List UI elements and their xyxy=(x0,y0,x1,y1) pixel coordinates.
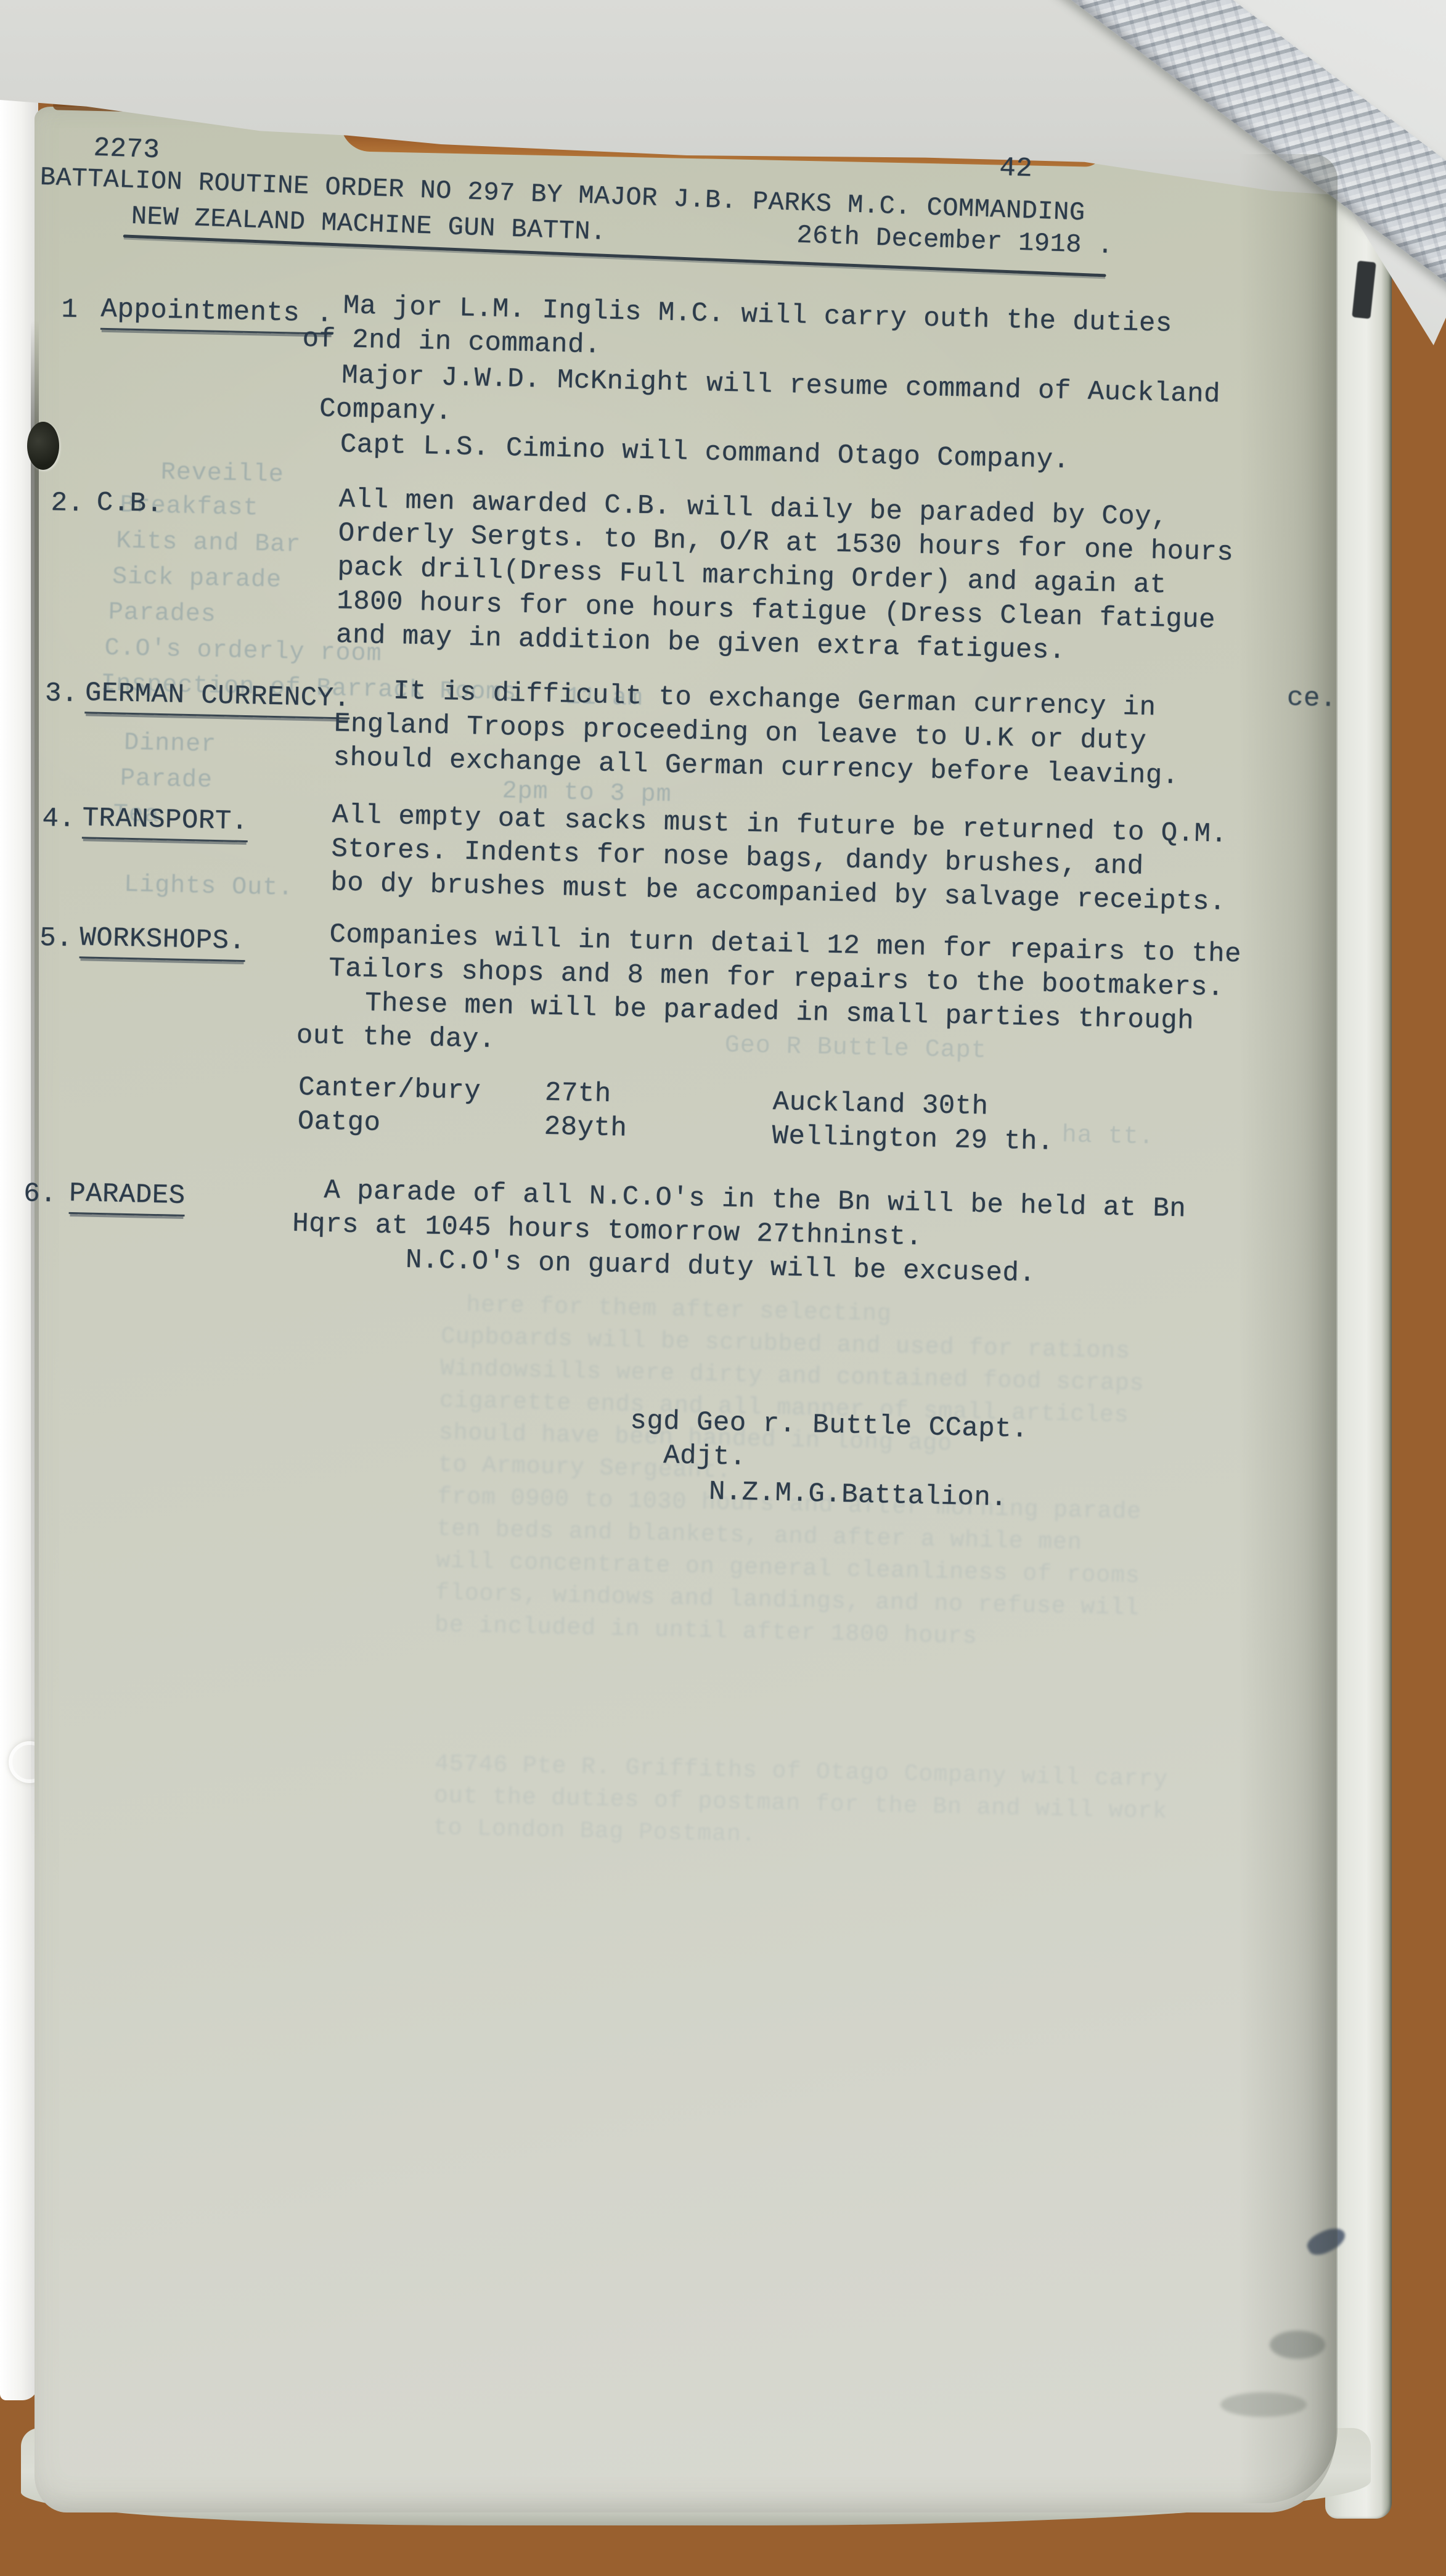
body-line: N.C.O's on guard duty will be excused. xyxy=(405,1245,1035,1289)
ghost-text: Parade xyxy=(120,765,213,795)
ghost-text: Geo R Buttle Capt xyxy=(724,1032,987,1065)
heading-label: Appointments . xyxy=(100,294,333,335)
item-heading: C.B. xyxy=(96,488,163,520)
ghost-text: Kits and Bar xyxy=(116,527,301,559)
item-heading: GERMAN CURRENCY. xyxy=(84,678,351,719)
ink-smudge xyxy=(1220,2392,1307,2417)
body-line: out the day. xyxy=(296,1020,496,1056)
item-number: 5. xyxy=(39,923,73,954)
ink-smudge xyxy=(1270,2331,1325,2359)
item-heading: TRANSPORT. xyxy=(82,803,248,842)
schedule-cell: 28yth xyxy=(544,1112,627,1144)
signature-rank: Adjt. xyxy=(663,1440,747,1473)
item-number: 4. xyxy=(42,803,76,835)
item-heading: Appointments . xyxy=(100,294,333,335)
ghost-text-page-behind: ce. xyxy=(1286,683,1337,715)
item-number: 2. xyxy=(51,488,84,519)
schedule-cell: 27th xyxy=(544,1078,611,1110)
schedule-cell: Oatgo xyxy=(297,1106,381,1139)
folio-number-right: 42 xyxy=(999,153,1032,185)
folio-number-left: 2273 xyxy=(93,133,160,166)
heading-label: WORKSHOPS. xyxy=(80,922,246,962)
item-number: 1 xyxy=(61,294,78,326)
ghost-text: Parades xyxy=(108,599,216,629)
item-number: 6. xyxy=(23,1178,57,1210)
body-line: Company. xyxy=(319,393,452,427)
ghost-text: Dinner xyxy=(124,729,217,759)
schedule-cell: Wellington 29 th. xyxy=(772,1121,1054,1158)
ghost-text: ha tt. xyxy=(1061,1122,1154,1151)
ghost-paragraph-line: be included in until after 1800 hours xyxy=(435,1612,978,1650)
heading-label: GERMAN CURRENCY. xyxy=(84,678,351,719)
item-number: 3. xyxy=(44,678,78,710)
signature-unit: N.Z.M.G.Battalion. xyxy=(708,1477,1007,1514)
typed-content: 2273 42 BATTALION ROUTINE ORDER NO 297 B… xyxy=(0,113,1355,2546)
schedule-cell: Auckland 30th xyxy=(772,1087,989,1123)
heading-label: PARADES xyxy=(69,1178,186,1216)
ghost-paragraph-line: to London Bag Postman. xyxy=(433,1815,756,1848)
ghost-paragraph-line: here for them after selecting xyxy=(466,1292,892,1327)
schedule-cell: Canter/bury xyxy=(298,1072,481,1107)
scanned-document-photo: { "page": { "folio_left": "2273", "folio… xyxy=(0,0,1446,2576)
heading-label: TRANSPORT. xyxy=(82,803,248,842)
ghost-text: Sick parade xyxy=(112,563,282,594)
body-line: of 2nd in command. xyxy=(302,324,601,361)
ghost-text: Lights Out. xyxy=(124,871,294,903)
ghost-text: Reveille xyxy=(160,459,284,489)
item-heading: PARADES xyxy=(69,1178,186,1216)
item-heading: WORKSHOPS. xyxy=(80,922,246,962)
